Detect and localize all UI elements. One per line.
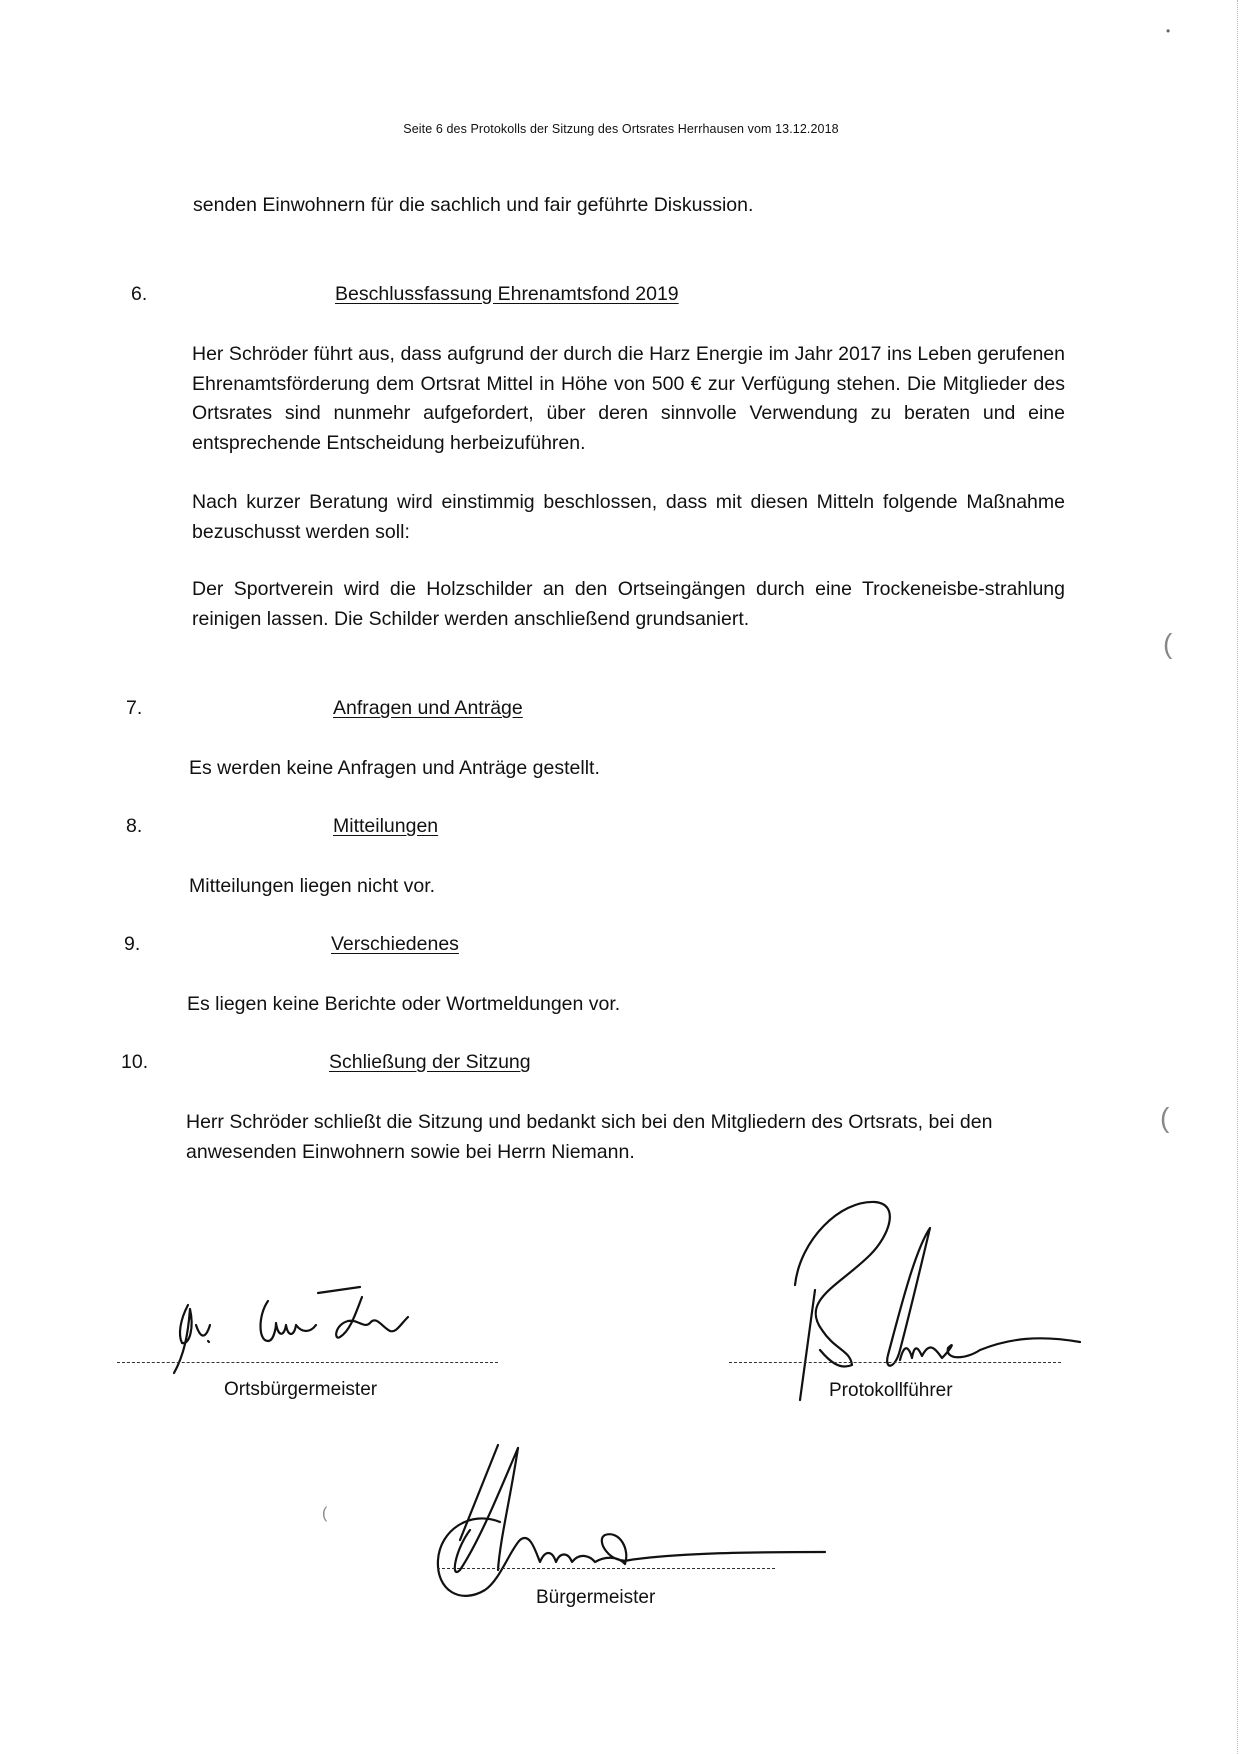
signature-buergermeister — [430, 1440, 830, 1610]
signature-label-left: Ortsbürgermeister — [224, 1379, 377, 1401]
section-10-paragraph: Herr Schröder schließt die Sitzung und b… — [186, 1108, 1066, 1167]
section-6-paragraph-2: Nach kurzer Beratung wird einstimmig bes… — [192, 488, 1065, 547]
signature-protokollfuehrer — [780, 1190, 1100, 1410]
scan-margin-edge — [1237, 0, 1238, 1754]
scan-artifact: ( — [322, 1505, 327, 1523]
section-9-paragraph: Es liegen keine Berichte oder Wortmeldun… — [187, 990, 620, 1020]
document-page: Seite 6 des Protokolls der Sitzung des O… — [0, 0, 1242, 1754]
section-10-number: 10. — [121, 1051, 148, 1074]
scan-artifact: • — [1166, 24, 1170, 38]
section-10-title: Schließung der Sitzung — [329, 1051, 531, 1074]
section-6-paragraph-1: Her Schröder führt aus, dass aufgrund de… — [192, 340, 1065, 458]
section-7-paragraph: Es werden keine Anfragen und Anträge ges… — [189, 754, 600, 784]
scan-artifact: ( — [1163, 628, 1172, 660]
section-6-paragraph-3: Der Sportverein wird die Holzschilder an… — [192, 575, 1065, 634]
signature-line-bottom — [437, 1568, 775, 1569]
signature-label-right: Protokollführer — [829, 1380, 953, 1402]
section-8-title: Mitteilungen — [333, 815, 438, 838]
section-6-number: 6. — [131, 283, 147, 306]
scan-artifact: ( — [1160, 1102, 1169, 1134]
section-7-title: Anfragen und Anträge — [333, 697, 523, 720]
section-7-number: 7. — [126, 697, 142, 720]
section-9-number: 9. — [124, 933, 140, 956]
section-9-title: Verschiedenes — [331, 933, 459, 956]
section-8-paragraph: Mitteilungen liegen nicht vor. — [189, 872, 435, 902]
running-header: Seite 6 des Protokolls der Sitzung des O… — [0, 122, 1242, 136]
signature-label-bottom: Bürgermeister — [536, 1587, 655, 1609]
signature-ortsbuergermeister — [150, 1275, 470, 1375]
signature-line-left — [117, 1362, 498, 1363]
section-8-number: 8. — [126, 815, 142, 838]
section-6-title: Beschlussfassung Ehrenamtsfond 2019 — [335, 283, 679, 306]
signature-line-right — [729, 1362, 1061, 1363]
intro-continuation: senden Einwohnern für die sachlich und f… — [193, 191, 753, 221]
